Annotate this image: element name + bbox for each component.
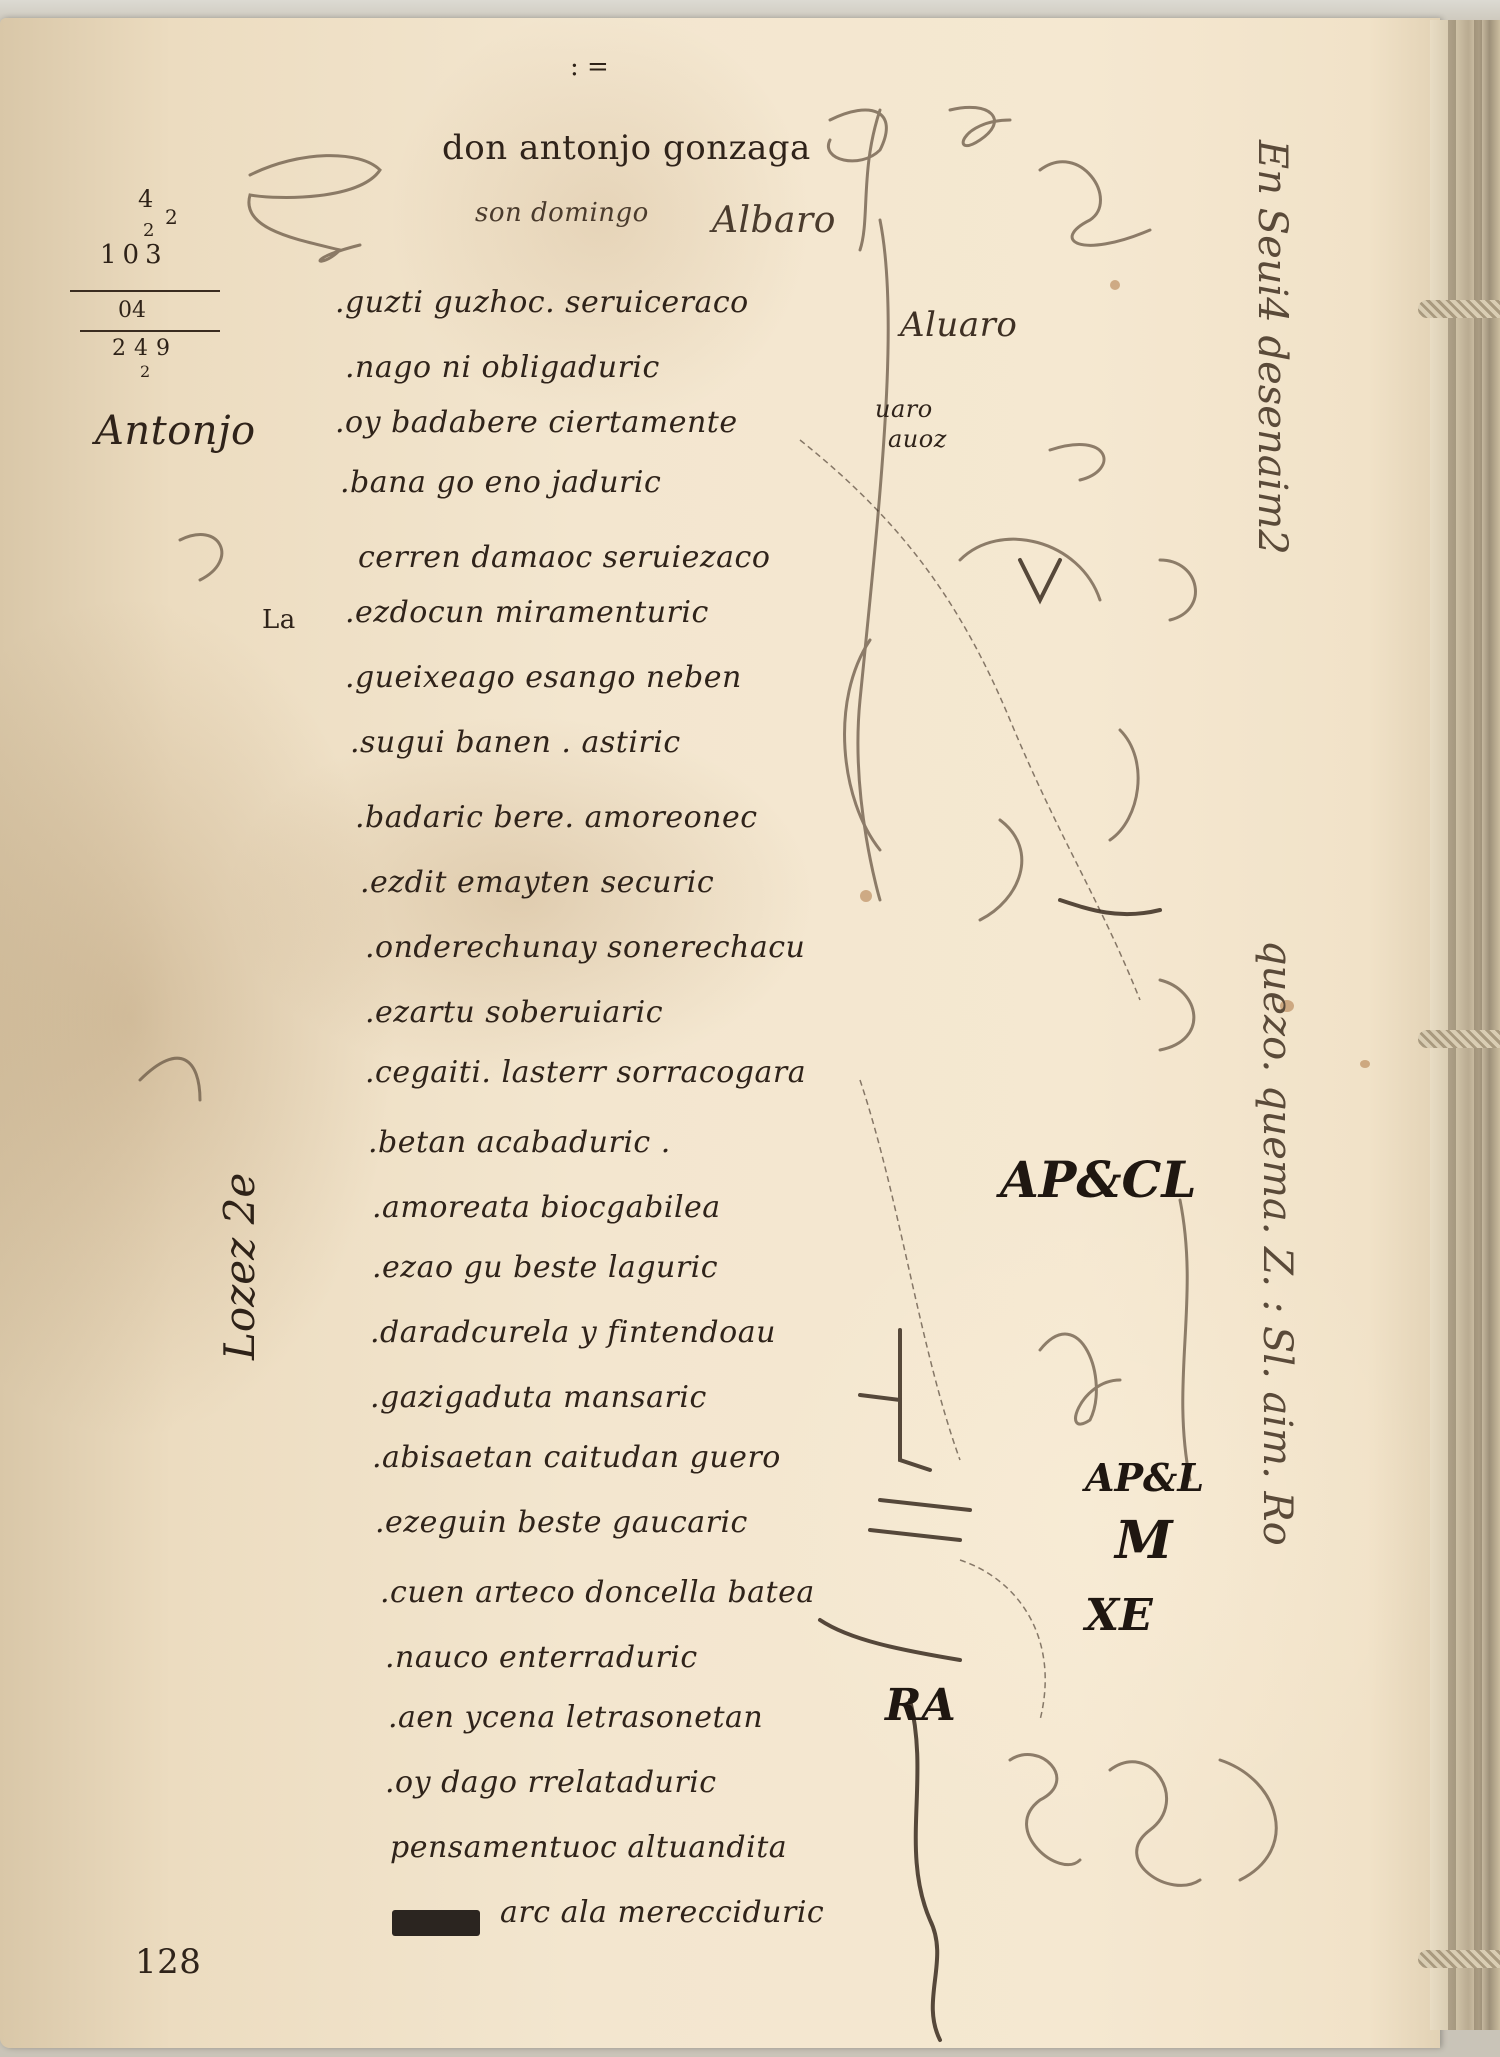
margin-note-la: La [262,605,296,635]
header-subline: son domingo [475,198,649,228]
text-line: .daradcurela y fintendoau [370,1315,776,1350]
calc-number: 04 [118,298,146,323]
folio-number: 128 [135,1942,201,1982]
text-line: .nauco enterraduric [385,1640,698,1675]
calc-rule [70,290,220,292]
text-line: .oy dago rrelataduric [385,1765,717,1800]
binding-strip [1474,20,1482,2030]
ink-spot [1110,280,1120,290]
text-line: .nago ni obligaduric [345,350,660,385]
text-line: .cuen arteco doncella batea [380,1575,815,1610]
ink-blot-redaction [392,1910,480,1936]
text-line: arc ala merecciduric [500,1895,824,1930]
calc-rule [80,330,220,332]
text-line: .sugui banen . astiric [350,725,681,760]
text-line: .oy badabere ciertamente [335,405,738,440]
margin-vertical-note: Lozez 2e [215,1173,264,1360]
margin-name-uaro: uaro [875,395,933,423]
margin-name-antonjo: Antonjo [95,408,256,454]
text-line: .bana go eno jaduric [340,465,661,500]
monogram: AP&L [1085,1455,1204,1500]
vertical-margin-text-2: quezo. quema. Z. : Sl. aim. Ro [1254,940,1300,1546]
monogram: RA [885,1680,956,1731]
header-signature: Albaro [712,200,836,241]
text-line: .ezao gu beste laguric [372,1250,718,1285]
text-line: .ezartu soberuiaric [365,995,663,1030]
text-line: cerren damaoc seruiezaco [358,540,770,575]
text-line: .cegaiti. lasterr sorracogara [365,1055,806,1090]
calc-digit: 2 [140,362,150,381]
binding-twine [1418,300,1500,318]
text-line: .guzti guzhoc. seruiceraco [335,285,749,320]
binding-strip [1448,20,1456,2030]
calc-number: 249 [112,336,178,361]
text-line: .betan acabaduric . [368,1125,671,1160]
text-line: .gazigaduta mansaric [370,1380,707,1415]
text-line: .onderechunay sonerechacu [365,930,805,965]
calc-digit: 2 [143,220,154,241]
binding-twine [1418,1030,1500,1048]
ink-spot [860,890,872,902]
text-line: pensamentuoc altuandita [390,1830,787,1865]
calc-digit: 2 [165,205,178,229]
text-line: .badaric bere. amoreonec [355,800,758,835]
monogram: M [1115,1510,1173,1571]
text-line: .abisaetan caitudan guero [372,1440,781,1475]
calc-digit: 4 [138,185,153,213]
manuscript-page [0,18,1440,2048]
text-line: .ezeguin beste gaucaric [375,1505,748,1540]
vertical-margin-text-1: En Seui4 desenaim2 [1249,140,1295,555]
margin-name-auoz: auoz [888,425,947,453]
margin-name-aluaro: Aluaro [900,305,1017,345]
text-line: .aen ycena letrasonetan [388,1700,763,1735]
monogram: AP&CL [1000,1150,1196,1209]
ink-spot [1360,1060,1370,1068]
book-binding-edge [1430,20,1500,2030]
top-mark: : = [570,52,609,82]
binding-twine [1418,1950,1500,1968]
monogram: XE [1085,1590,1153,1641]
header-name-line: don antonjo gonzaga [442,128,811,168]
calc-number: 103 [100,240,168,270]
text-line: .ezdit emayten securic [360,865,714,900]
text-line: .gueixeago esango neben [345,660,742,695]
text-line: .amoreata biocgabilea [372,1190,721,1225]
text-line: .ezdocun miramenturic [345,595,709,630]
